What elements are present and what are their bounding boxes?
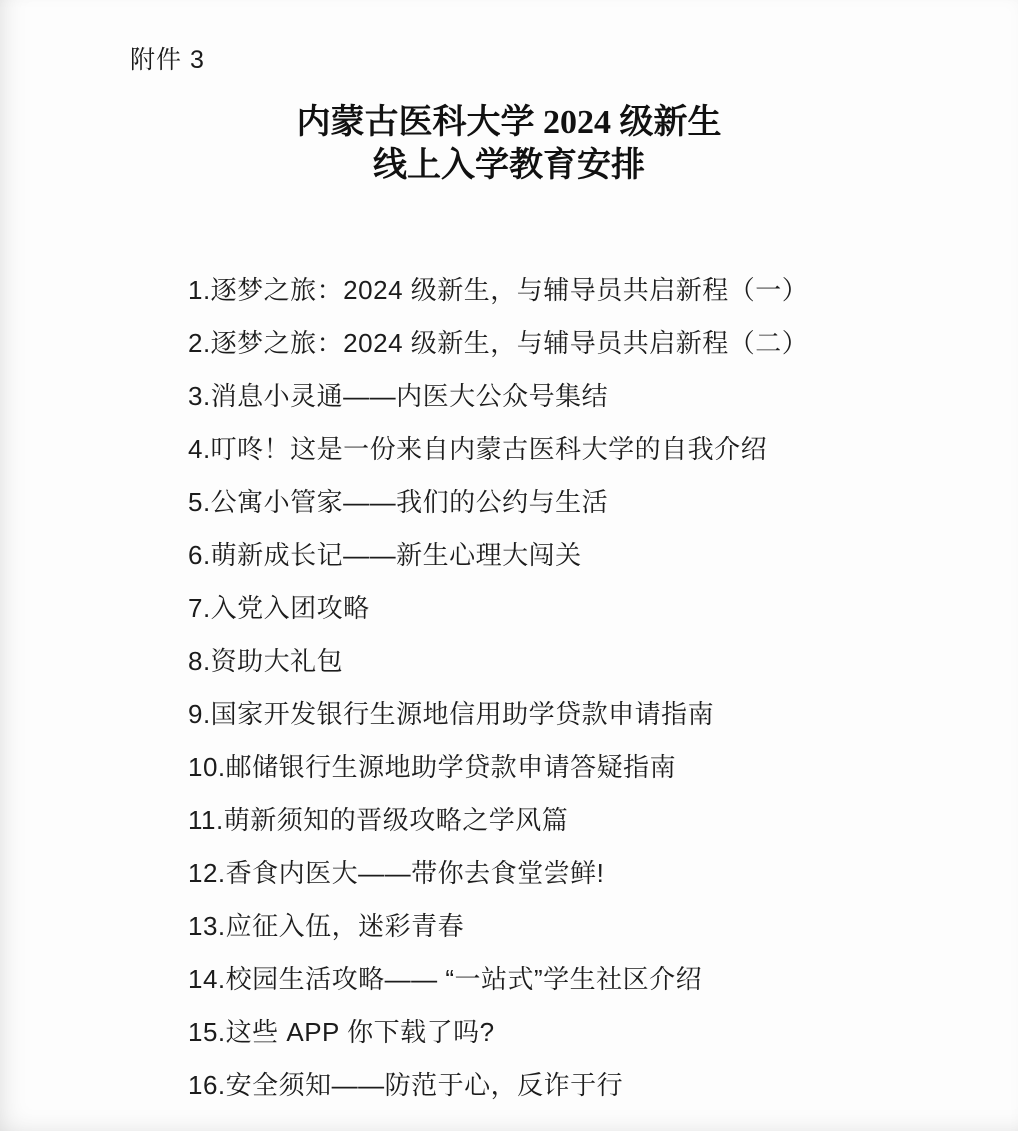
list-item: 11.萌新须知的晋级攻略之学风篇 [0, 792, 1018, 845]
document-title-line2: 线上入学教育安排 [0, 145, 1018, 188]
list-item: 9.国家开发银行生源地信用助学贷款申请指南 [0, 686, 1018, 739]
list-item: 14.校园生活攻略—— “一站式”学生社区介绍 [0, 951, 1018, 1004]
list-item: 15.这些 APP 你下载了吗? [0, 1004, 1018, 1057]
document-title: 内蒙古医科大学 2024 级新生 线上入学教育安排 [0, 102, 1018, 188]
list-item: 16.安全须知——防范于心，反诈于行 [0, 1057, 1018, 1110]
list-item: 2.逐梦之旅：2024 级新生，与辅导员共启新程（二） [0, 315, 1018, 368]
attachment-label: 附件 3 [0, 0, 1018, 76]
list-item: 7.入党入团攻略 [0, 580, 1018, 633]
document-title-line1: 内蒙古医科大学 2024 级新生 [0, 102, 1018, 145]
list-item: 6.萌新成长记——新生心理大闯关 [0, 527, 1018, 580]
list-item: 8.资助大礼包 [0, 633, 1018, 686]
list-item: 12.香食内医大——带你去食堂尝鲜! [0, 845, 1018, 898]
list-item: 13.应征入伍，迷彩青春 [0, 898, 1018, 951]
list-item: 5.公寓小管家——我们的公约与生活 [0, 474, 1018, 527]
list-item: 4.叮咚！这是一份来自内蒙古医科大学的自我介绍 [0, 421, 1018, 474]
list-item: 1.逐梦之旅：2024 级新生，与辅导员共启新程（一） [0, 262, 1018, 315]
list-item: 3.消息小灵通——内医大公众号集结 [0, 368, 1018, 421]
item-list: 1.逐梦之旅：2024 级新生，与辅导员共启新程（一） 2.逐梦之旅：2024 … [0, 262, 1018, 1110]
list-item: 10.邮储银行生源地助学贷款申请答疑指南 [0, 739, 1018, 792]
document-page: 附件 3 内蒙古医科大学 2024 级新生 线上入学教育安排 1.逐梦之旅：20… [0, 0, 1018, 1131]
